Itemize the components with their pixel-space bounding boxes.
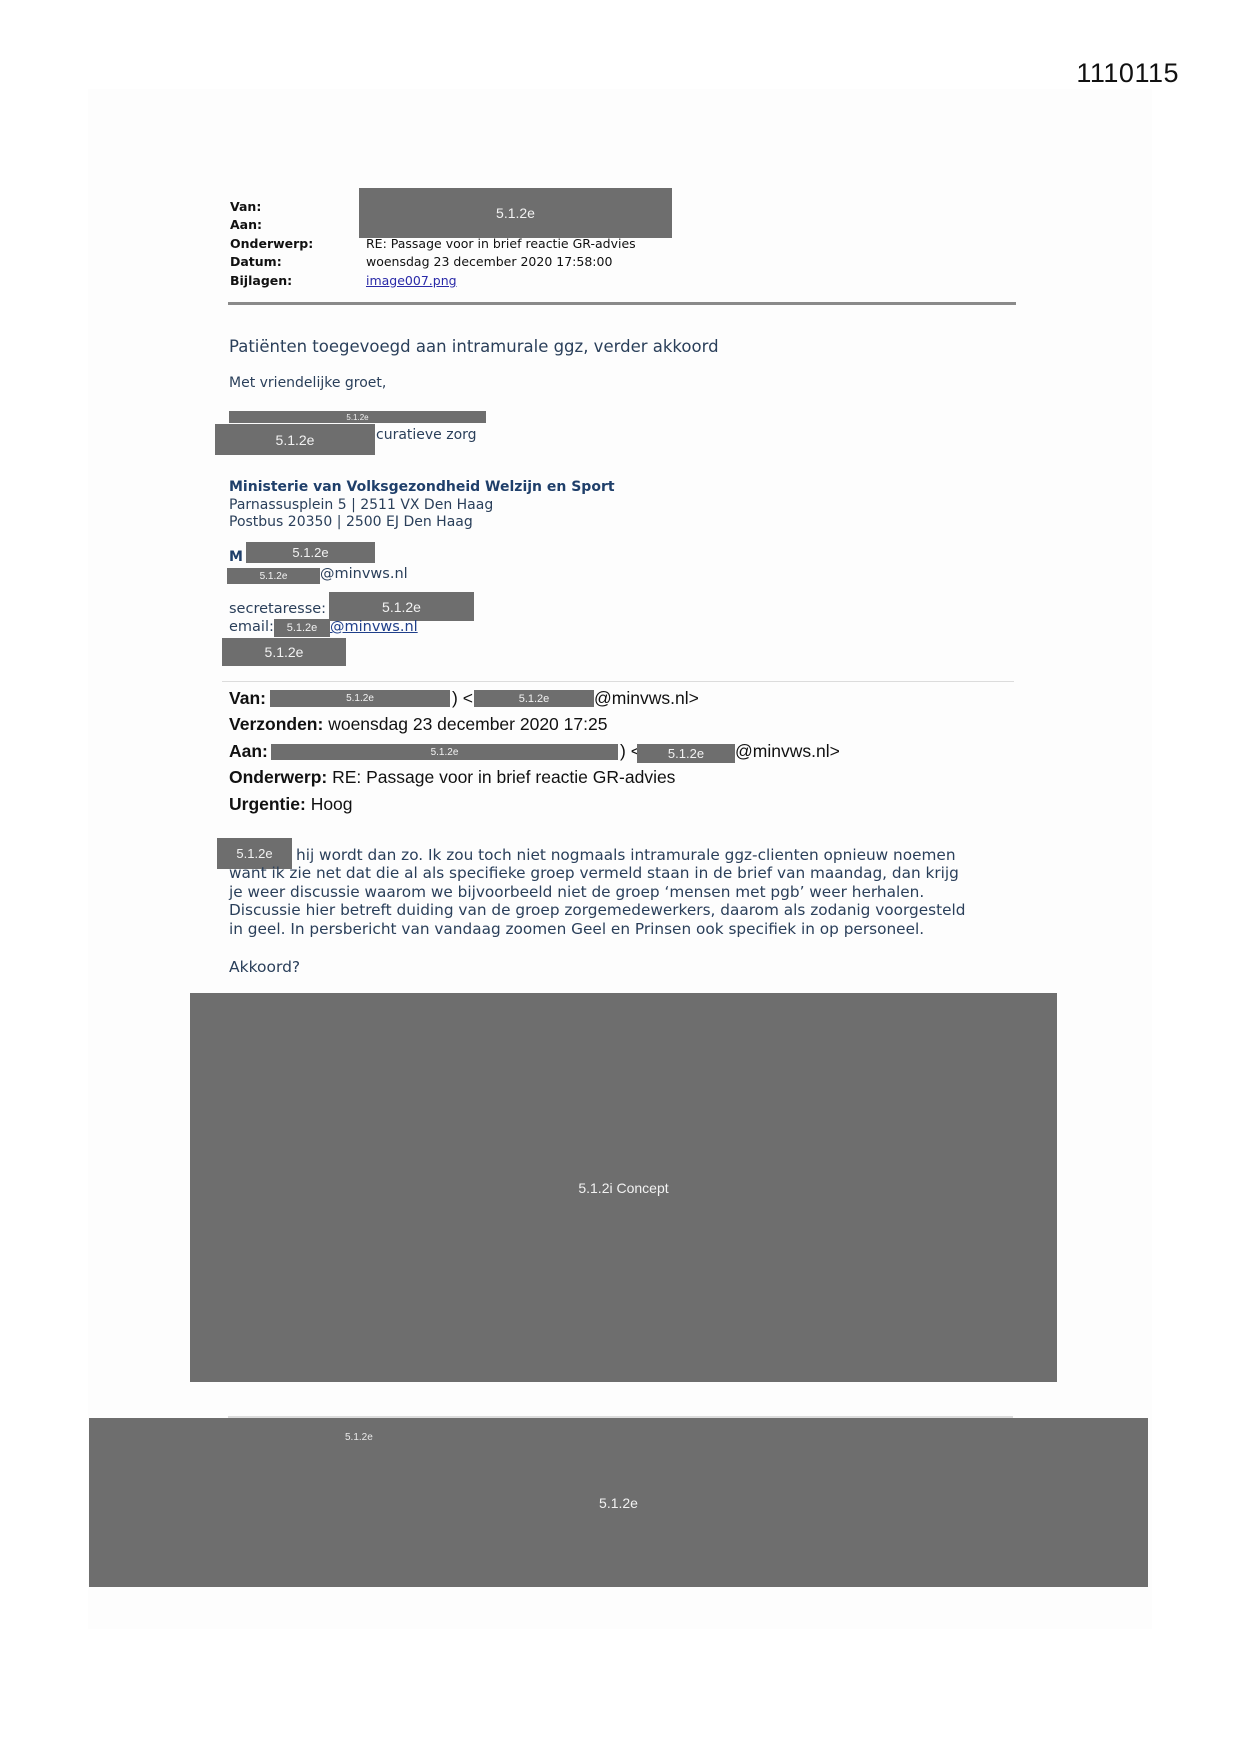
quoted-closing: Akkoord? bbox=[229, 958, 300, 976]
quoted-to-label: Aan: bbox=[229, 741, 268, 761]
quoted-from-label: Van: bbox=[229, 688, 266, 708]
redaction-concept-block: 5.1.2i Concept bbox=[190, 993, 1057, 1382]
quoted-body-line-1: hij wordt dan zo. Ik zou toch niet nogma… bbox=[296, 846, 956, 865]
quoted-to-row: Aan: bbox=[229, 741, 268, 762]
redaction-from-to: 5.1.2e bbox=[359, 188, 672, 238]
mobile-prefix: M bbox=[229, 549, 243, 565]
secretary-email-label: email: bbox=[229, 619, 274, 635]
redaction-secretary-email: 5.1.2e bbox=[274, 619, 330, 637]
redaction-mobile: 5.1.2e bbox=[246, 542, 375, 563]
quoted-urgency-value: Hoog bbox=[311, 794, 353, 814]
header-label-to: Aan: bbox=[230, 217, 262, 232]
redaction-signature-function: 5.1.2e bbox=[215, 424, 375, 455]
header-date-value: woensdag 23 december 2020 17:58:00 bbox=[366, 254, 612, 269]
redaction-quoted-to-name: 5.1.2e bbox=[271, 744, 618, 760]
reply-message: Patiënten toegevoegd aan intramurale ggz… bbox=[229, 337, 719, 356]
redaction-quoted-from-name: 5.1.2e bbox=[270, 690, 450, 707]
attachment-link[interactable]: image007.png bbox=[366, 273, 457, 288]
quoted-from-row: Van: bbox=[229, 688, 266, 709]
redaction-email-user: 5.1.2e bbox=[227, 568, 320, 584]
quoted-sent-label: Verzonden: bbox=[229, 714, 323, 734]
email-domain: @minvws.nl bbox=[320, 566, 408, 582]
redaction-quoted-to-email: 5.1.2e bbox=[637, 744, 735, 763]
redaction-quoted-from-email: 5.1.2e bbox=[474, 690, 594, 707]
address-line-1: Parnassusplein 5 | 2511 VX Den Haag bbox=[229, 497, 493, 513]
header-label-attachments: Bijlagen: bbox=[230, 273, 292, 288]
quoted-sent-row: Verzonden: woensdag 23 december 2020 17:… bbox=[229, 714, 607, 735]
quoted-divider bbox=[222, 681, 1014, 682]
header-divider bbox=[228, 302, 1016, 305]
quoted-body-line-5: in geel. In persbericht van vandaag zoom… bbox=[229, 920, 924, 939]
redaction-footer-small-label: 5.1.2e bbox=[345, 1432, 373, 1443]
redaction-signature-name: 5.1.2e bbox=[229, 411, 486, 423]
secretary-label: secretaresse: bbox=[229, 601, 326, 617]
quoted-body-line-4: Discussie hier betreft duiding van de gr… bbox=[229, 901, 966, 920]
quoted-urgency-label: Urgentie: bbox=[229, 794, 306, 814]
quoted-urgency-row: Urgentie: Hoog bbox=[229, 794, 353, 815]
greeting: Met vriendelijke groet, bbox=[229, 375, 386, 391]
quoted-subject-value: RE: Passage voor in brief reactie GR-adv… bbox=[332, 767, 675, 787]
redaction-secretary: 5.1.2e bbox=[329, 592, 474, 621]
secretary-email-link[interactable]: @minvws.nl bbox=[330, 619, 418, 635]
header-label-date: Datum: bbox=[230, 254, 282, 269]
quoted-from-domain: @minvws.nl> bbox=[594, 688, 699, 709]
document-number: 1110115 bbox=[1076, 58, 1179, 89]
header-label-from: Van: bbox=[230, 199, 261, 214]
header-label-subject: Onderwerp: bbox=[230, 236, 313, 251]
signature-department: curatieve zorg bbox=[376, 427, 477, 443]
quoted-from-paren: ) < bbox=[452, 688, 473, 709]
redaction-footer-block: 5.1.2e 5.1.2e bbox=[89, 1418, 1148, 1587]
header-subject-value: RE: Passage voor in brief reactie GR-adv… bbox=[366, 236, 636, 251]
quoted-to-domain: @minvws.nl> bbox=[735, 741, 840, 762]
quoted-sent-value: woensdag 23 december 2020 17:25 bbox=[328, 714, 607, 734]
quoted-subject-row: Onderwerp: RE: Passage voor in brief rea… bbox=[229, 767, 675, 788]
quoted-body-line-3: je weer discussie waarom we bijvoorbeeld… bbox=[229, 883, 924, 902]
redaction-signature-extra: 5.1.2e bbox=[222, 638, 346, 666]
quoted-subject-label: Onderwerp: bbox=[229, 767, 327, 787]
address-line-2: Postbus 20350 | 2500 EJ Den Haag bbox=[229, 514, 473, 530]
quoted-body-line-2: want ik zie net dat die al als specifiek… bbox=[229, 864, 959, 883]
redaction-footer-label: 5.1.2e bbox=[599, 1495, 638, 1511]
ministry-name: Ministerie van Volksgezondheid Welzijn e… bbox=[229, 479, 615, 495]
